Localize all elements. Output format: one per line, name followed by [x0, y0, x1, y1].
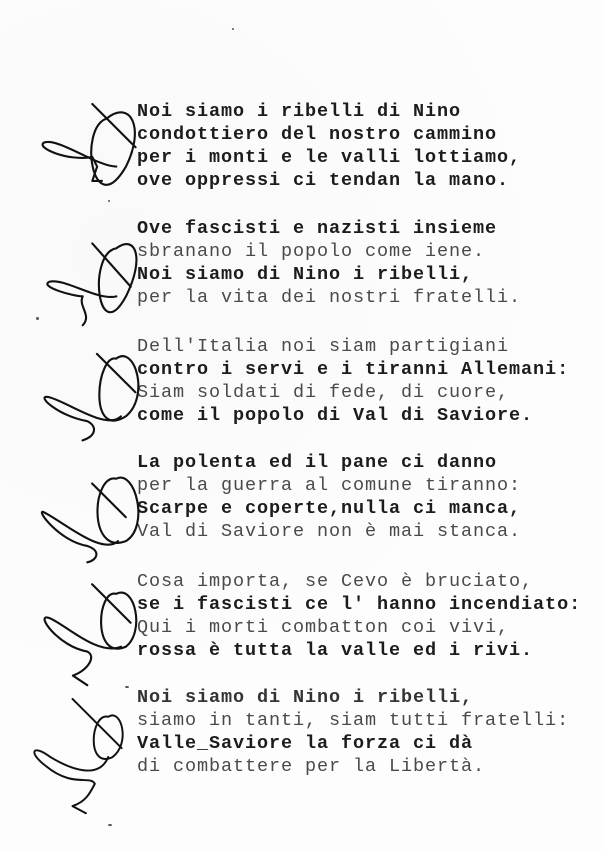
scan-speck: [108, 824, 112, 826]
stanza-3: Dell'Italia noi siam partigiani contro i…: [137, 335, 602, 427]
stanza-4: La polenta ed il pane ci danno per la gu…: [137, 451, 602, 543]
verse-line: contro i servi e i tiranni Allemani:: [137, 358, 602, 381]
verse-line: Ove fascisti e nazisti insieme: [137, 217, 602, 240]
verse-line: per i monti e le valli lottiamo,: [137, 146, 602, 169]
verse-line: se i fascisti ce l' hanno incendiato:: [137, 593, 602, 616]
handwritten-signature-icon: [30, 205, 145, 330]
verse-line: rossa è tutta la valle ed i rivi.: [137, 639, 602, 662]
handwritten-signature-icon: [25, 445, 140, 570]
verse-line: per la guerra al comune tiranno:: [137, 474, 602, 497]
verse-line: Qui i morti combatton coi vivi,: [137, 616, 602, 639]
handwritten-signature-icon: [25, 325, 140, 450]
verse-line: Dell'Italia noi siam partigiani: [137, 335, 602, 358]
handwritten-signature-icon: [15, 690, 130, 815]
verse-line: condottiero del nostro cammino: [137, 123, 602, 146]
verse-line: siamo in tanti, siam tutti fratelli:: [137, 709, 602, 732]
scan-speck: [108, 200, 110, 202]
verse-line: Scarpe e coperte,nulla ci manca,: [137, 497, 602, 520]
verse-line: ove oppressi ci tendan la mano.: [137, 169, 602, 192]
stanza-6: Noi siamo di Nino i ribelli, siamo in ta…: [137, 686, 602, 778]
stanza-2: Ove fascisti e nazisti insieme sbranano …: [137, 217, 602, 309]
scanned-page: Noi siamo i ribelli di Nino condottiero …: [0, 0, 605, 850]
verse-line: Noi siamo di Nino i ribelli,: [137, 263, 602, 286]
stanza-1: Noi siamo i ribelli di Nino condottiero …: [137, 100, 602, 192]
scan-speck: [232, 28, 234, 30]
scan-speck: [36, 317, 39, 320]
verse-line: Noi siamo i ribelli di Nino: [137, 100, 602, 123]
handwritten-signature-icon: [25, 565, 140, 690]
stanza-5: Cosa importa, se Cevo è bruciato, se i f…: [137, 570, 602, 662]
verse-line: di combattere per la Libertà.: [137, 755, 602, 778]
verse-line: Siam soldati di fede, di cuore,: [137, 381, 602, 404]
verse-line: Noi siamo di Nino i ribelli,: [137, 686, 602, 709]
verse-line: come il popolo di Val di Saviore.: [137, 404, 602, 427]
handwritten-signature-icon: [30, 80, 145, 205]
verse-line: La polenta ed il pane ci danno: [137, 451, 602, 474]
verse-line: Valle_Saviore la forza ci dà: [137, 732, 602, 755]
verse-line: sbranano il popolo come iene.: [137, 240, 602, 263]
verse-line: per la vita dei nostri fratelli.: [137, 286, 602, 309]
scan-speck: [125, 686, 129, 688]
verse-line: Val di Saviore non è mai stanca.: [137, 520, 602, 543]
verse-line: Cosa importa, se Cevo è bruciato,: [137, 570, 602, 593]
